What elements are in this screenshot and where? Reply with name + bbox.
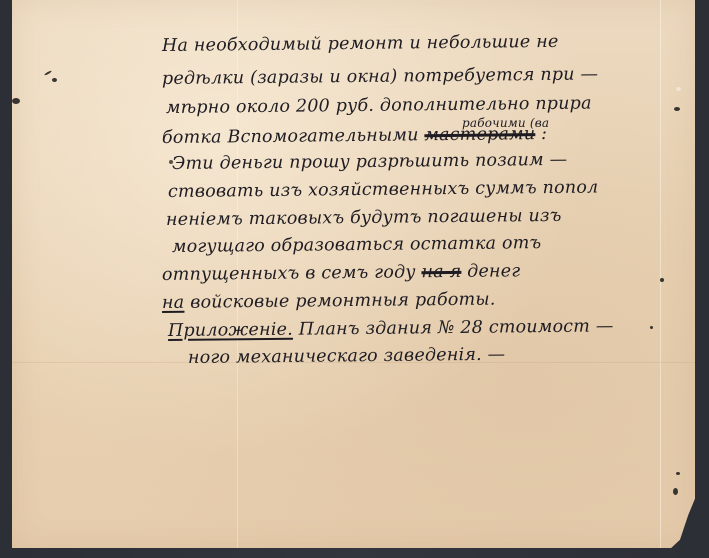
paper-hole (676, 472, 680, 475)
text-segment: Планъ здания № 28 стоимост — (293, 316, 614, 339)
text-line-2: редѣлки (заразы и окна) потребуется при … (162, 64, 598, 89)
ink-speck (12, 98, 20, 104)
ink-speck (52, 78, 57, 82)
text-line-6: ствовать изъ хозяйственныхъ суммъ попол (168, 177, 599, 202)
paper-hole (676, 87, 681, 91)
text-line-8: могущаго образоваться остатка отъ (172, 233, 542, 257)
text-line-5: Эти деньги прошу разрѣшить позаим — (172, 150, 567, 174)
text-line-11: Приложенiе. Планъ здания № 28 стоимост — (168, 316, 614, 341)
text-segment: ботка Вспомогательными (162, 125, 425, 148)
text-line-3: мѣрно около 200 руб. дополнительно прира (166, 94, 592, 118)
text-segment: отпущенныхъ в семъ году (162, 262, 422, 285)
text-segment: денег (461, 261, 520, 282)
text-line-1: На необходимый ремонт и небольшие не (162, 32, 559, 56)
ink-speck (650, 326, 653, 329)
struck-word: на я (421, 262, 461, 282)
text-line-12: ного механическаго заведенiя. — (188, 345, 506, 368)
text-line-7: ненiемъ таковыхъ будутъ погашены изъ (166, 206, 562, 230)
underlined-word: Приложенiе. (168, 320, 293, 341)
underlined-word: на (162, 293, 185, 313)
paper-hole (673, 488, 678, 495)
interlinear-insertion: рабочими (ва (462, 116, 549, 130)
ink-speck (660, 278, 664, 282)
paper-hole (674, 107, 680, 111)
text-segment: войсковые ремонтныя работы. (184, 290, 495, 313)
ink-speck (44, 70, 52, 76)
fold-line (660, 0, 661, 548)
text-line-10: на войсковые ремонтныя работы. (162, 290, 496, 313)
document-page: На необходимый ремонт и небольшие не ред… (12, 0, 695, 548)
text-line-9: отпущенныхъ в семъ году на я денег (162, 261, 521, 285)
